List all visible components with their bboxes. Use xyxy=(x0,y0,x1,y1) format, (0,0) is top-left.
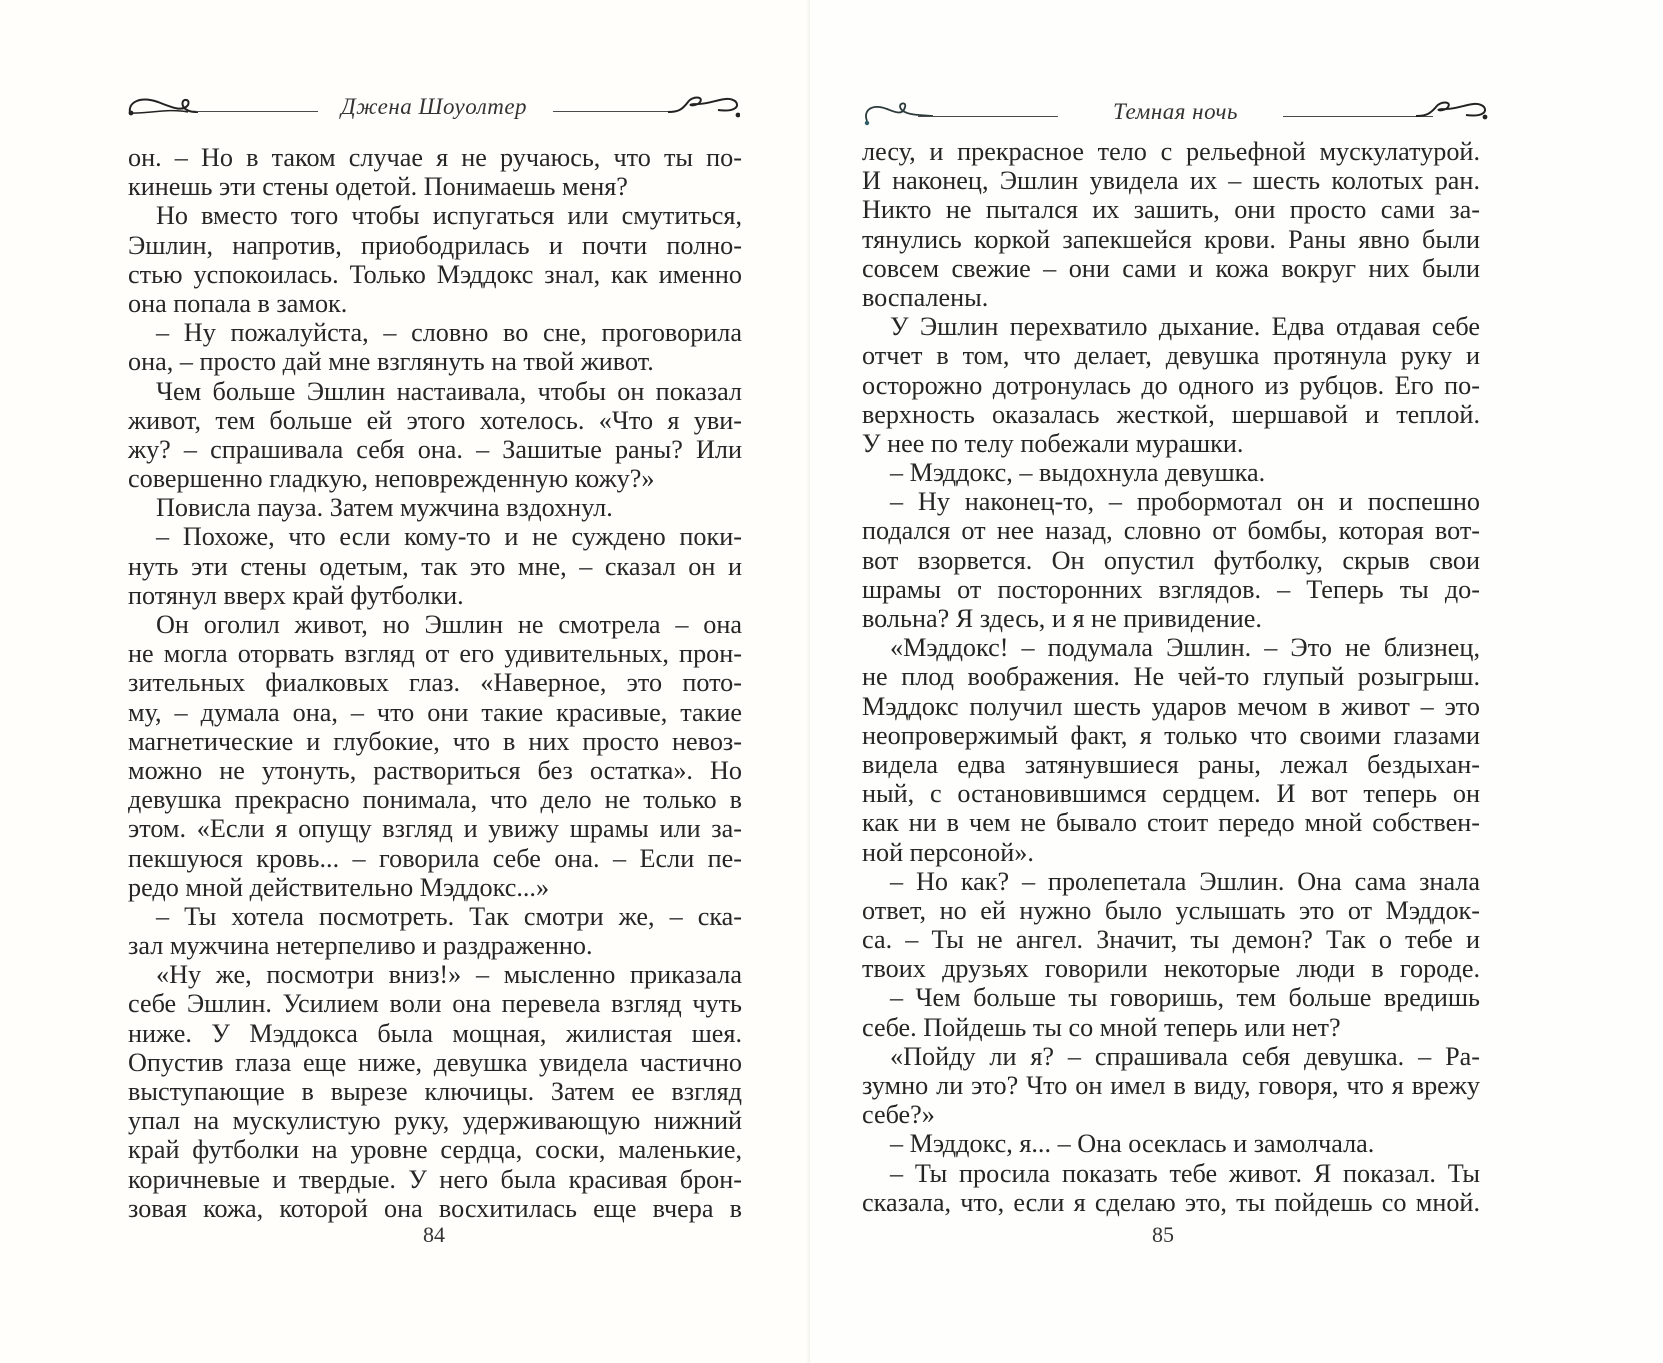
body-text: он. – Но в таком случае я не ручаюсь, чт… xyxy=(128,143,742,1223)
text-line: зительных фиалковых глаз. «Наверное, это… xyxy=(128,668,742,697)
text-line: – Ну наконец-то, – пробормотал он и посп… xyxy=(862,487,1480,516)
text-line: му, – думала она, – что они такие красив… xyxy=(128,698,742,727)
right-page: Темная ночь лесу, и прекрасное тело с ре… xyxy=(810,0,1663,1363)
text-line: И наконец, Эшлин увидела их – шесть коло… xyxy=(862,166,1480,195)
flourish-ornament-icon xyxy=(668,90,740,120)
text-line: сказала, что, если я сделаю это, ты пойд… xyxy=(862,1188,1480,1217)
text-line: совершенно гладкую, неповрежденную кожу?… xyxy=(128,464,742,493)
text-line: – Мэддокс, – выдохнула девушка. xyxy=(862,458,1480,487)
text-line: вольна? Я здесь, и я не привидение. xyxy=(862,604,1480,633)
text-line: редо мной действительно Мэддокс...» xyxy=(128,873,742,902)
text-line: коричневые и твердые. У него была красив… xyxy=(128,1165,742,1194)
text-line: – Ты просила показать тебе живот. Я пока… xyxy=(862,1159,1480,1188)
book-spread: Джена Шоуолтер он. – Но в таком случае я… xyxy=(0,0,1663,1363)
left-page: Джена Шоуолтер он. – Но в таком случае я… xyxy=(0,0,810,1363)
text-line: «Мэддокс! – подумала Эшлин. – Это не бли… xyxy=(862,633,1480,662)
text-line: – Ты хотела посмотреть. Так смотри же, –… xyxy=(128,902,742,931)
header-rule-right xyxy=(553,111,675,112)
text-line: можно не утонуть, раствориться без остат… xyxy=(128,756,742,785)
header-rule-right xyxy=(1283,116,1433,117)
text-line: она попала в замок. xyxy=(128,289,742,318)
text-line: осторожно дотронулась до одного из рубцо… xyxy=(862,371,1480,400)
text-line: Мэддокс получил шесть ударов мечом в жив… xyxy=(862,692,1480,721)
text-line: себе Эшлин. Усилием воли она перевела вз… xyxy=(128,989,742,1018)
running-header: Джена Шоуолтер xyxy=(128,90,740,130)
text-line: стью успокоилась. Только Мэддокс знал, к… xyxy=(128,260,742,289)
text-line: верхность оказалась жесткой, шершавой и … xyxy=(862,400,1480,429)
text-line: ный, с остановившимся сердцем. И вот теп… xyxy=(862,779,1480,808)
text-line: девушка прекрасно понимала, что дело не … xyxy=(128,785,742,814)
text-line: Опустив глаза еще ниже, девушка увидела … xyxy=(128,1048,742,1077)
text-line: неопровержимый факт, я только что своими… xyxy=(862,721,1480,750)
text-line: воспалены. xyxy=(862,283,1480,312)
text-line: не плод воображения. Не чей-то глупый ро… xyxy=(862,662,1480,691)
text-line: – Ну пожалуйста, – словно во сне, прогов… xyxy=(128,318,742,347)
text-line: Чем больше Эшлин настаивала, чтобы он по… xyxy=(128,377,742,406)
text-line: – Мэддокс, я... – Она осеклась и замолча… xyxy=(862,1129,1480,1158)
text-line: вот взорвется. Он опустил футболку, скры… xyxy=(862,546,1480,575)
text-line: ответ, но ей нужно было услышать это от … xyxy=(862,896,1480,925)
header-author: Джена Шоуолтер xyxy=(128,94,740,120)
text-line: твоих друзьях говорили некоторые люди в … xyxy=(862,954,1480,983)
text-line: упал на мускулистую руку, удерживающую н… xyxy=(128,1106,742,1135)
text-line: живот, тем больше ей этого хотелось. «Чт… xyxy=(128,406,742,435)
text-line: край футболки на уровне сердца, соски, м… xyxy=(128,1135,742,1164)
text-line: этом. «Если я опущу взгляд и увижу шрамы… xyxy=(128,814,742,843)
text-line: У Эшлин перехватило дыхание. Едва отдава… xyxy=(862,312,1480,341)
text-line: Но вместо того чтобы испугаться или смут… xyxy=(128,201,742,230)
text-line: кинешь эти стены одетой. Понимаешь меня? xyxy=(128,172,742,201)
text-line: «Ну же, посмотри вниз!» – мысленно прика… xyxy=(128,960,742,989)
text-line: потянул вверх край футболки. xyxy=(128,581,742,610)
text-line: зал мужчина нетерпеливо и раздраженно. xyxy=(128,931,742,960)
text-line: шрамы от посторонних взглядов. – Теперь … xyxy=(862,575,1480,604)
text-line: тянулись коркой запекшейся крови. Раны я… xyxy=(862,225,1480,254)
text-line: он. – Но в таком случае я не ручаюсь, чт… xyxy=(128,143,742,172)
text-line: совсем свежие – они сами и кожа вокруг н… xyxy=(862,254,1480,283)
text-line: зумно ли это? Что он имел в виду, говоря… xyxy=(862,1071,1480,1100)
text-line: «Пойду ли я? – спрашивала себя девушка. … xyxy=(862,1042,1480,1071)
text-line: са. – Ты не ангел. Значит, ты демон? Так… xyxy=(862,925,1480,954)
text-line: подался от нее назад, словно от бомбы, к… xyxy=(862,516,1480,545)
text-line: жу? – спрашивала себя она. – Зашитые ран… xyxy=(128,435,742,464)
page-number: 84 xyxy=(404,1222,464,1248)
text-line: пекшуюся кровь... – говорила себе она. –… xyxy=(128,844,742,873)
page-number: 85 xyxy=(1133,1222,1193,1248)
text-line: зовая кожа, которой она восхитилась еще … xyxy=(128,1194,742,1223)
text-line: Повисла пауза. Затем мужчина вздохнул. xyxy=(128,493,742,522)
text-line: ной персоной». xyxy=(862,838,1480,867)
body-text: лесу, и прекрасное тело с рельефной муск… xyxy=(862,137,1480,1217)
header-book-title: Темная ночь xyxy=(863,99,1488,125)
text-line: не могла оторвать взгляд от его удивител… xyxy=(128,639,742,668)
text-line: Никто не пытался их зашить, они просто с… xyxy=(862,195,1480,224)
text-line: лесу, и прекрасное тело с рельефной муск… xyxy=(862,137,1480,166)
text-line: Он оголил живот, но Эшлин не смотрела – … xyxy=(128,610,742,639)
flourish-ornament-icon xyxy=(1416,95,1488,125)
text-line: себе. Пойдешь ты со мной теперь или нет? xyxy=(862,1013,1480,1042)
text-line: – Но как? – пролепетала Эшлин. Она сама … xyxy=(862,867,1480,896)
text-line: она, – просто дай мне взглянуть на твой … xyxy=(128,347,742,376)
text-line: выступающие в вырезе ключицы. Затем ее в… xyxy=(128,1077,742,1106)
text-line: отчет в том, что делает, девушка протяну… xyxy=(862,341,1480,370)
text-line: видела едва затянувшиеся раны, лежал без… xyxy=(862,750,1480,779)
running-header: Темная ночь xyxy=(863,95,1488,135)
text-line: ниже. У Мэддокса была мощная, жилистая ш… xyxy=(128,1019,742,1048)
text-line: Эшлин, напротив, приободрилась и почти п… xyxy=(128,231,742,260)
text-line: У нее по телу побежали мурашки. xyxy=(862,429,1480,458)
text-line: магнетические и глубокие, что в них прос… xyxy=(128,727,742,756)
text-line: нуть эти стены одетым, так это мне, – ск… xyxy=(128,552,742,581)
text-line: – Чем больше ты говоришь, тем больше вре… xyxy=(862,983,1480,1012)
text-line: как ни в чем не бывало стоит передо мной… xyxy=(862,808,1480,837)
text-line: себе?» xyxy=(862,1100,1480,1129)
text-line: – Похоже, что если кому-то и не суждено … xyxy=(128,522,742,551)
